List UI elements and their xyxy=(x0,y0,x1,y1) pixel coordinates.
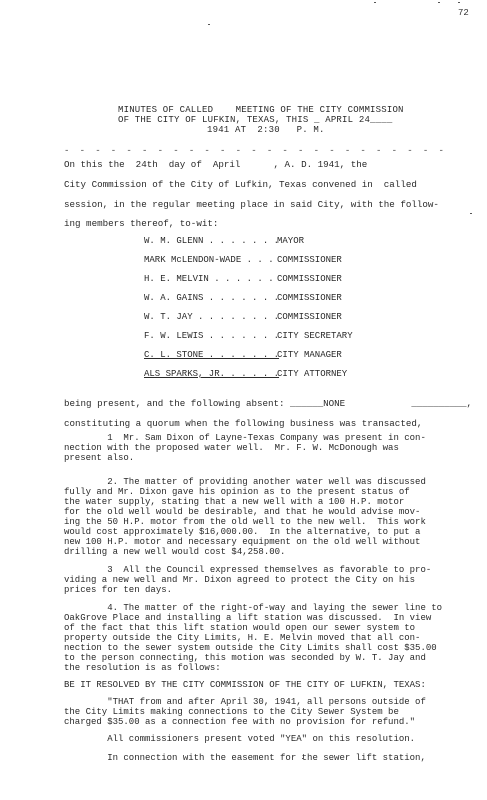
scanned-document-page: 72 MINUTES OF CALLED MEETING OF THE CITY… xyxy=(0,0,487,800)
member-role: CITY ATTORNEY xyxy=(277,370,347,379)
member-name: W. T. JAY . . . . . . . . xyxy=(144,313,279,322)
opening-line-2: City Commission of the City of Lufkin, T… xyxy=(64,178,417,191)
member-role: COMMISSIONER xyxy=(277,313,342,322)
member-role: CITY SECRETARY xyxy=(277,332,353,341)
page-number: 72 xyxy=(458,9,469,18)
item-line: present also. xyxy=(64,454,474,464)
opening-line-4: ing members thereof, to-wit: xyxy=(64,217,218,230)
absent-line: being present, and the following absent:… xyxy=(64,397,472,410)
title-line-3: 1941 AT 2:30 P. M. xyxy=(207,126,325,135)
vote-line: All commissioners present voted "YEA" on… xyxy=(64,735,474,745)
member-role: MAYOR xyxy=(277,237,304,246)
member-name: W. M. GLENN . . . . . . . xyxy=(144,237,279,246)
quorum-line: constituting a quorum when the following… xyxy=(64,417,422,430)
member-role: COMMISSIONER xyxy=(277,256,342,265)
member-role: COMMISSIONER xyxy=(277,275,342,284)
opening-line-1: On this the 24th day of April , A. D. 19… xyxy=(64,158,367,171)
closing-line: In connection with the easement for the … xyxy=(64,754,474,764)
item-line: the resolution is as follows: xyxy=(64,664,474,674)
separator-rule: - - - - - - - - - - - - - - - - - - - - … xyxy=(64,147,364,156)
item-line: drilling a new well would cost $4,258.00… xyxy=(64,548,474,558)
opening-line-3: session, in the regular meeting place in… xyxy=(64,198,439,211)
member-role: COMMISSIONER xyxy=(277,294,342,303)
resolution-line: charged $35.00 as a connection fee with … xyxy=(64,718,474,728)
member-name: F. W. LEWIS . . . . . . . xyxy=(144,332,279,341)
member-name: MARK McLENDON-WADE . . . xyxy=(144,256,274,265)
member-role: CITY MANAGER xyxy=(277,351,342,360)
member-name: ALS SPARKS, JR. . . . . . xyxy=(144,370,279,379)
member-name: W. A. GAINS . . . . . . . xyxy=(144,294,279,303)
member-name: H. E. MELVIN . . . . . . xyxy=(144,275,274,284)
resolution-header: BE IT RESOLVED BY THE CITY COMMISSION OF… xyxy=(64,681,474,691)
title-line-2: OF THE CITY OF LUFKIN, TEXAS, THIS _ APR… xyxy=(118,116,392,125)
title-line-1: MINUTES OF CALLED MEETING OF THE CITY CO… xyxy=(118,106,404,115)
item-line: prices for ten days. xyxy=(64,586,474,596)
member-name: C. L. STONE . . . . . . . xyxy=(144,351,279,360)
